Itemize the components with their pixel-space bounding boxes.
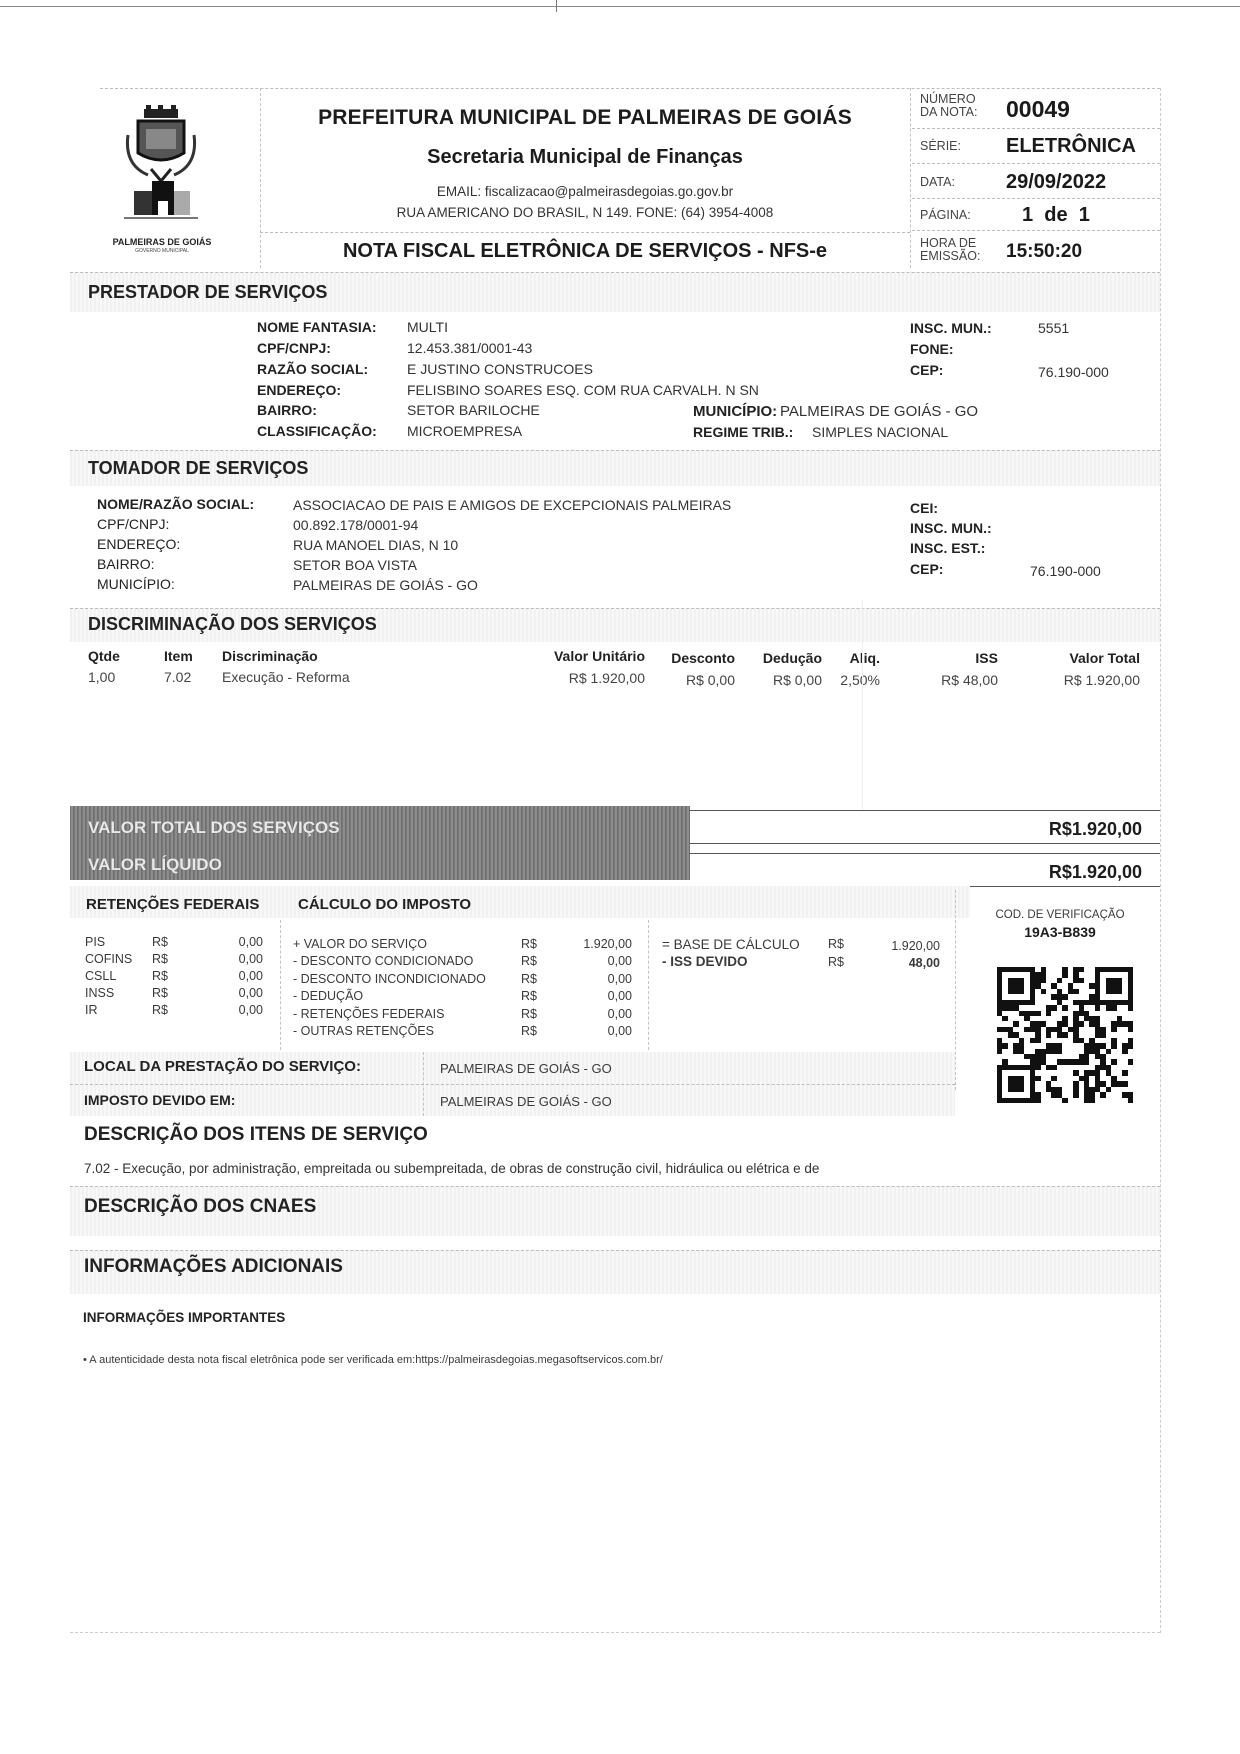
retencao-value: 0,00: [200, 935, 263, 949]
local-row-divider: [70, 1084, 955, 1085]
col-valor-unitario: Valor Unitário: [500, 648, 645, 664]
prestador-cpf: 12.453.381/0001-43: [407, 340, 532, 356]
tomador-municipio: PALMEIRAS DE GOIÁS - GO: [293, 577, 478, 593]
prestador-fone-label: FONE:: [910, 341, 954, 357]
calculo-item-value: 1.920,00: [560, 937, 632, 951]
base-calculo-cur: R$: [828, 937, 844, 951]
col-deducao: Dedução: [740, 650, 822, 666]
logo-subcaption: GOVERNO MUNICIPAL: [108, 248, 216, 254]
prestador-nome-fantasia: MULTI: [407, 319, 448, 335]
data-label: DATA:: [920, 176, 955, 189]
retencao-value: 0,00: [200, 969, 263, 983]
prestador-cep-label: CEP:: [910, 362, 943, 378]
prestador-bairro-label: BAIRRO:: [257, 402, 317, 418]
serie-label: SÉRIE:: [920, 140, 961, 153]
col-desconto: Desconto: [650, 650, 735, 666]
calculo-item-currency: R$: [521, 1007, 537, 1021]
municipal-coat-of-arms-logo: [118, 105, 204, 233]
local-prestacao-value: PALMEIRAS DE GOIÁS - GO: [440, 1061, 612, 1076]
tomador-nome-label: NOME/RAZÃO SOCIAL:: [97, 496, 254, 512]
retencoes-title: RETENÇÕES FEDERAIS: [86, 896, 259, 913]
calculo-item-name: - RETENÇÕES FEDERAIS: [293, 1007, 444, 1021]
header-mid-border: [260, 232, 910, 233]
calculo-item-name: + VALOR DO SERVIÇO: [293, 937, 427, 951]
retencao-value: 0,00: [200, 986, 263, 1000]
base-calculo-value: 1.920,00: [860, 939, 940, 953]
col-discriminacao: Discriminação: [222, 648, 318, 664]
row-discriminacao: Execução - Reforma: [222, 669, 350, 685]
descricao-itens-title: DESCRIÇÃO DOS ITENS DE SERVIÇO: [84, 1124, 428, 1146]
col-qtde: Qtde: [88, 648, 120, 664]
calculo-item-name: - OUTRAS RETENÇÕES: [293, 1024, 434, 1038]
cnaes-title: DESCRIÇÃO DOS CNAES: [84, 1196, 316, 1218]
prestador-insc-mun-label: INSC. MUN.:: [910, 320, 992, 336]
col-aliq: Aliq.: [830, 650, 880, 666]
valor-liquido-box: R$1.920,00: [690, 853, 1160, 887]
info-title: INFORMAÇÕES ADICIONAIS: [84, 1256, 343, 1278]
meta-divider: [910, 88, 911, 268]
cod-verificacao-label: COD. DE VERIFICAÇÃO: [960, 909, 1160, 921]
prestador-regime-label: REGIME TRIB.:: [693, 424, 793, 440]
calculo-item-value: 0,00: [560, 972, 632, 986]
retencao-value: 0,00: [200, 1003, 263, 1017]
coat-of-arms-icon: [118, 105, 204, 233]
valor-liquido-value: R$1.920,00: [1049, 862, 1142, 883]
tomador-nome: ASSOCIACAO DE PAIS E AMIGOS DE EXCEPCION…: [293, 497, 731, 513]
pagina-label: PÁGINA:: [920, 209, 971, 222]
logo-caption: PALMEIRAS DE GOIÁS: [108, 237, 216, 247]
tomador-cpf: 00.892.178/0001-94: [293, 517, 418, 533]
prestador-municipio: PALMEIRAS DE GOIÁS - GO: [780, 403, 978, 420]
iss-devido-cur: R$: [828, 955, 844, 969]
prestador-bairro: SETOR BARILOCHE: [407, 402, 540, 418]
row-desconto: R$ 0,00: [650, 672, 735, 688]
prestador-razao-label: RAZÃO SOCIAL:: [257, 361, 368, 377]
tomador-cep-label: CEP:: [910, 561, 943, 577]
page-right-border: [1160, 88, 1161, 1633]
top-scan-tick: [556, 0, 557, 12]
verificacao-divider: [955, 890, 956, 1090]
retencao-currency: R$: [152, 969, 168, 983]
prestador-endereco-label: ENDEREÇO:: [257, 382, 341, 398]
prestador-nome-fantasia-label: NOME FANTASIA:: [257, 319, 377, 335]
section-border: [70, 450, 1160, 451]
secretaria-subtitle: Secretaria Municipal de Finanças: [260, 146, 910, 169]
calculo-item-name: - DEDUÇÃO: [293, 989, 363, 1003]
prestador-classificacao-label: CLASSIFICAÇÃO:: [257, 423, 377, 439]
valor-total-label: VALOR TOTAL DOS SERVIÇOS: [88, 818, 340, 838]
info-important-title: INFORMAÇÕES IMPORTANTES: [83, 1310, 285, 1325]
serie-value: ELETRÔNICA: [1006, 135, 1136, 158]
meta-row-divider: [912, 128, 1160, 129]
meta-row-divider: [912, 163, 1160, 164]
col-item: Item: [164, 648, 193, 664]
iss-devido-label: - ISS DEVIDO: [662, 954, 748, 969]
scan-fold-line: [862, 600, 863, 840]
calculo-item-currency: R$: [521, 972, 537, 986]
calculo-item-value: 0,00: [560, 954, 632, 968]
prestador-cpf-label: CPF/CNPJ:: [257, 340, 331, 356]
prestador-insc-mun: 5551: [1038, 320, 1069, 336]
header-top-border: [100, 88, 1160, 89]
prestador-classificacao: MICROEMPRESA: [407, 423, 522, 439]
servicos-section-title: DISCRIMINAÇÃO DOS SERVIÇOS: [88, 614, 377, 635]
calculo-divider: [648, 920, 649, 1050]
tomador-cei-label: CEI:: [910, 500, 938, 516]
info-authenticity-note: • A autenticidade desta nota fiscal elet…: [83, 1354, 663, 1366]
row-valor-total: R$ 1.920,00: [1020, 672, 1140, 688]
calculo-item-currency: R$: [521, 954, 537, 968]
calculo-item-value: 0,00: [560, 1007, 632, 1021]
calculo-item-currency: R$: [521, 937, 537, 951]
tomador-cpf-label: CPF/CNPJ:: [97, 516, 169, 532]
descricao-itens-text: 7.02 - Execução, por administração, empr…: [84, 1161, 819, 1176]
imposto-devido-value: PALMEIRAS DE GOIÁS - GO: [440, 1094, 612, 1109]
data-value: 29/09/2022: [1006, 171, 1106, 194]
retencao-name: COFINS: [85, 952, 132, 966]
prestador-cep: 76.190-000: [1038, 364, 1109, 380]
local-prestacao-label: LOCAL DA PRESTAÇÃO DO SERVIÇO:: [84, 1058, 361, 1075]
prefeitura-title: PREFEITURA MUNICIPAL DE PALMEIRAS DE GOI…: [260, 106, 910, 130]
top-scan-edge: [0, 6, 1240, 7]
section-border: [70, 1186, 1160, 1187]
retencao-currency: R$: [152, 952, 168, 966]
contact-address: RUA AMERICANO DO BRASIL, N 149. FONE: (6…: [260, 205, 910, 220]
calculo-item-currency: R$: [521, 989, 537, 1003]
section-border: [70, 1250, 1160, 1251]
meta-row-divider: [912, 198, 1160, 199]
tomador-endereco-label: ENDEREÇO:: [97, 536, 180, 552]
nfse-document-title: NOTA FISCAL ELETRÔNICA DE SERVIÇOS - NFS…: [260, 240, 910, 263]
valor-liquido-label: VALOR LÍQUIDO: [88, 855, 222, 875]
base-calculo-label: = BASE DE CÁLCULO: [662, 937, 800, 952]
row-item: 7.02: [164, 669, 191, 685]
calculo-title: CÁLCULO DO IMPOSTO: [298, 896, 471, 913]
calculo-item-name: - DESCONTO INCONDICIONADO: [293, 972, 486, 986]
row-aliq: 2,50%: [830, 672, 880, 688]
tomador-bairro: SETOR BOA VISTA: [293, 557, 417, 573]
tomador-insc-est-label: INSC. EST.:: [910, 540, 985, 556]
section-border: [70, 608, 1160, 609]
valor-total-band: VALOR TOTAL DOS SERVIÇOS VALOR LÍQUIDO: [70, 806, 690, 880]
contact-email: EMAIL: fiscalizacao@palmeirasdegoias.go.…: [260, 184, 910, 199]
retencao-name: PIS: [85, 935, 105, 949]
row-qtde: 1,00: [88, 669, 115, 685]
prestador-endereco: FELISBINO SOARES ESQ. COM RUA CARVALH. N…: [407, 382, 759, 398]
numero-label-2: DA NOTA:: [920, 106, 977, 119]
tomador-cep: 76.190-000: [1030, 563, 1101, 579]
row-valor-unitario: R$ 1.920,00: [500, 670, 645, 686]
calculo-item-name: - DESCONTO CONDICIONADO: [293, 954, 473, 968]
pagina-value: 1 de 1: [1022, 204, 1090, 227]
tomador-insc-mun-label: INSC. MUN.:: [910, 520, 992, 536]
retencoes-divider: [280, 920, 281, 1050]
calculo-item-value: 0,00: [560, 989, 632, 1003]
cod-verificacao-value: 19A3-B839: [960, 924, 1160, 940]
prestador-razao: E JUSTINO CONSTRUCOES: [407, 361, 593, 377]
valor-total-box: R$1.920,00: [690, 810, 1160, 844]
prestador-regime: SIMPLES NACIONAL: [812, 424, 948, 440]
row-deducao: R$ 0,00: [740, 672, 822, 688]
hora-value: 15:50:20: [1006, 241, 1082, 263]
page-bottom-border: [70, 1632, 1160, 1633]
row-iss: R$ 48,00: [900, 672, 998, 688]
prestador-municipio-label: MUNICÍPIO:: [693, 403, 777, 420]
tomador-section-title: TOMADOR DE SERVIÇOS: [88, 458, 308, 479]
retencao-name: IR: [85, 1003, 98, 1017]
tomador-municipio-label: MUNICÍPIO:: [97, 576, 175, 592]
retencao-currency: R$: [152, 935, 168, 949]
retencao-value: 0,00: [200, 952, 263, 966]
numero-nota: 00049: [1006, 96, 1070, 123]
tomador-endereco: RUA MANOEL DIAS, N 10: [293, 537, 458, 553]
prestador-section-title: PRESTADOR DE SERVIÇOS: [88, 282, 327, 303]
tomador-bairro-label: BAIRRO:: [97, 556, 155, 572]
section-border: [70, 272, 1160, 273]
valor-total-value: R$1.920,00: [1049, 819, 1142, 840]
iss-devido-value: 48,00: [860, 956, 940, 970]
calculo-item-currency: R$: [521, 1024, 537, 1038]
meta-row-divider: [912, 230, 1160, 231]
hora-label-2: EMISSÃO:: [920, 250, 980, 263]
retencao-name: CSLL: [85, 969, 116, 983]
col-valor-total: Valor Total: [1020, 650, 1140, 666]
retencao-currency: R$: [152, 1003, 168, 1017]
col-iss: ISS: [900, 650, 998, 666]
retencao-name: INSS: [85, 986, 114, 1000]
qr-code-icon[interactable]: [997, 967, 1133, 1103]
imposto-devido-label: IMPOSTO DEVIDO EM:: [84, 1092, 235, 1108]
retencao-currency: R$: [152, 986, 168, 1000]
calculo-item-value: 0,00: [560, 1024, 632, 1038]
